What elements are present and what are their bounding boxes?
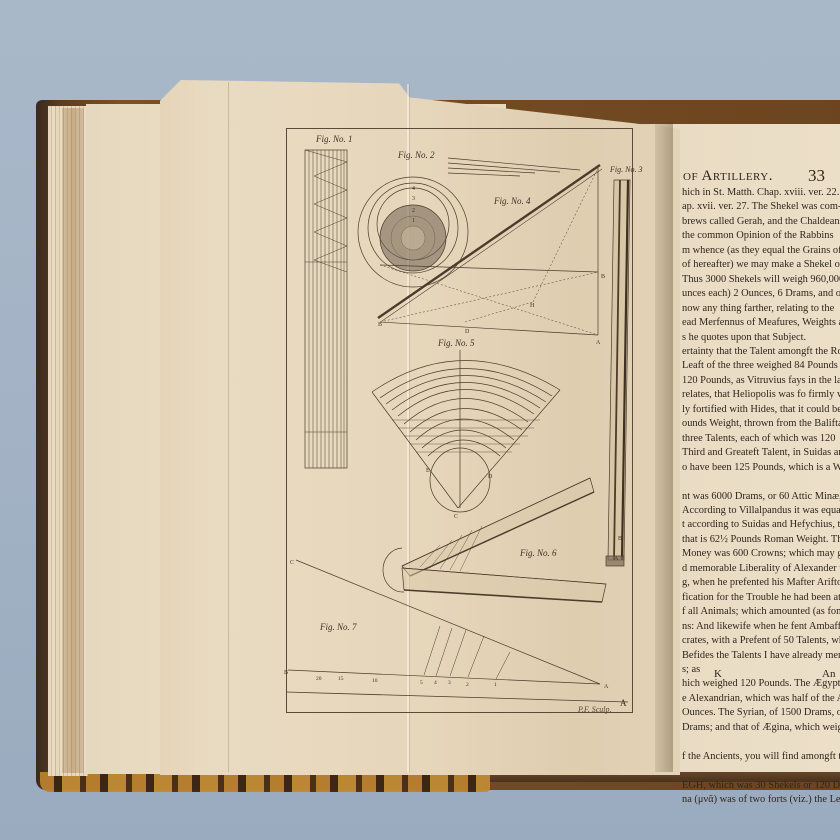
svg-text:10: 10 bbox=[372, 678, 378, 684]
fig-3-label: Fig. No. 3 bbox=[609, 165, 642, 174]
svg-text:E: E bbox=[426, 468, 430, 474]
svg-text:C: C bbox=[454, 514, 458, 520]
svg-text:5: 5 bbox=[420, 680, 423, 686]
fig-1-scale bbox=[305, 150, 347, 468]
svg-text:A: A bbox=[604, 684, 609, 690]
svg-text:C: C bbox=[290, 560, 294, 566]
svg-text:20: 20 bbox=[316, 676, 322, 682]
svg-text:1: 1 bbox=[412, 218, 415, 224]
svg-text:B: B bbox=[378, 322, 382, 328]
fig-1-label: Fig. No. 1 bbox=[315, 134, 353, 144]
svg-text:2: 2 bbox=[466, 682, 469, 688]
svg-text:3: 3 bbox=[448, 680, 451, 686]
svg-text:B: B bbox=[618, 536, 622, 542]
svg-text:B: B bbox=[284, 670, 288, 676]
svg-text:H: H bbox=[530, 303, 535, 309]
fig-6-sector bbox=[383, 478, 606, 602]
plate-figures: Fig. No. 1 Fig. No. 2 Fig. No. 3 Fig. No… bbox=[0, 0, 840, 840]
fig-3-rule bbox=[606, 180, 630, 566]
svg-text:4: 4 bbox=[434, 680, 437, 686]
fig-2-label: Fig. No. 2 bbox=[397, 150, 435, 160]
svg-text:D: D bbox=[465, 329, 470, 335]
fig-7-label: Fig. No. 7 bbox=[319, 622, 357, 632]
svg-text:A: A bbox=[614, 556, 619, 562]
svg-text:4: 4 bbox=[412, 186, 415, 192]
plate-labels: Fig. No. 1 Fig. No. 2 Fig. No. 3 Fig. No… bbox=[284, 134, 642, 708]
svg-text:1: 1 bbox=[494, 682, 497, 688]
svg-text:D: D bbox=[488, 474, 493, 480]
fig-6-label: Fig. No. 6 bbox=[519, 548, 557, 558]
svg-text:3: 3 bbox=[412, 196, 415, 202]
plate-corner-letter: A bbox=[620, 698, 627, 708]
svg-text:A: A bbox=[596, 340, 601, 346]
fig-5-fan bbox=[372, 350, 560, 512]
svg-text:15: 15 bbox=[338, 676, 344, 682]
fig-4-label: Fig. No. 4 bbox=[493, 196, 531, 206]
svg-text:2: 2 bbox=[412, 208, 415, 214]
fig-5-label: Fig. No. 5 bbox=[437, 338, 475, 348]
svg-text:B: B bbox=[601, 274, 605, 280]
